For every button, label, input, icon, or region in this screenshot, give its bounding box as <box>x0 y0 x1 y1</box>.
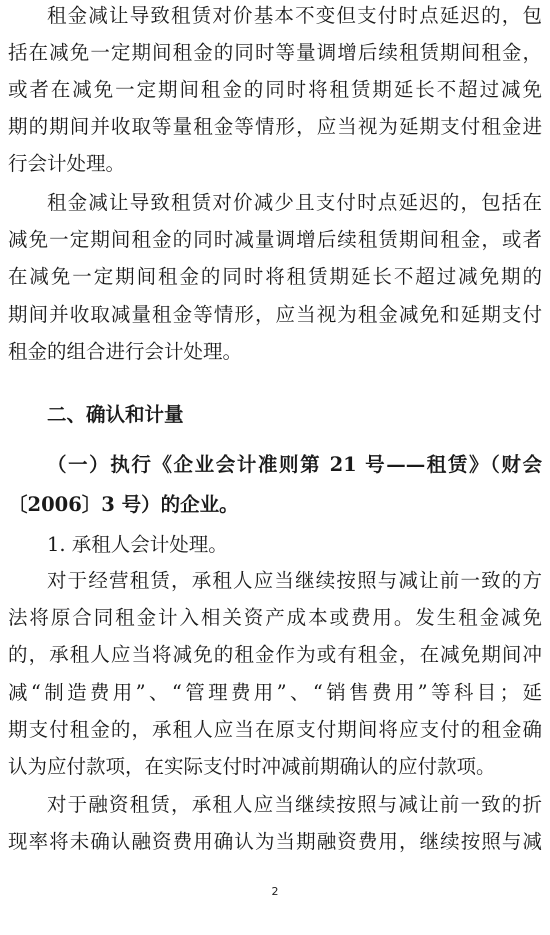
paragraph-1-line-2: 括在减免一定期间租金的同时等量调增后续租赁期间租金， <box>8 38 542 68</box>
section-heading: 二、确认和计量 <box>47 400 184 430</box>
paragraph-1-line-1: 租金减让导致租赁对价基本不变但支付时点延迟的，包 <box>47 1 542 31</box>
subsection-heading-line-1: （一）执行《企业会计准则第 21 号——租赁》（财会 <box>47 450 542 480</box>
paragraph-3-line-3: 的，承租人应当将减免的租金作为或有租金，在减免期间冲 <box>8 640 542 670</box>
paragraph-1-line-4: 期的期间并收取等量租金等情形，应当视为延期支付租金进 <box>8 112 542 142</box>
paragraph-4-line-1: 对于融资租赁，承租人应当继续按照与减让前一致的折 <box>47 790 542 820</box>
page-number: 2 <box>0 885 550 898</box>
paragraph-3-line-5: 期支付租金的，承租人应当在原支付期间将应支付的租金确 <box>8 715 542 745</box>
paragraph-2-line-4: 期间并收取减量租金等情形，应当视为租金减免和延期支付 <box>8 300 542 330</box>
subsection-heading-line-2: 〔2006〕3 号）的企业。 <box>8 490 239 520</box>
paragraph-3-line-4: 减“制造费用”、“管理费用”、“销售费用”等科目；延 <box>8 678 542 708</box>
paragraph-2-line-5: 租金的组合进行会计处理。 <box>8 337 542 367</box>
paragraph-1-line-5: 行会计处理。 <box>8 149 542 179</box>
paragraph-3-line-6: 认为应付款项，在实际支付时冲减前期确认的应付款项。 <box>8 752 542 782</box>
paragraph-3-line-1: 对于经营租赁，承租人应当继续按照与减让前一致的方 <box>47 566 542 596</box>
document-page: 租金减让导致租赁对价基本不变但支付时点延迟的，包 括在减免一定期间租金的同时等量… <box>0 0 550 935</box>
paragraph-3-line-2: 法将原合同租金计入相关资产成本或费用。发生租金减免 <box>8 603 542 633</box>
paragraph-2-line-1: 租金减让导致租赁对价减少且支付时点延迟的，包括在 <box>47 188 542 218</box>
item-heading: 1. 承租人会计处理。 <box>47 530 228 560</box>
paragraph-1-line-3: 或者在减免一定期间租金的同时将租赁期延长不超过减免 <box>8 75 542 105</box>
paragraph-2-line-3: 在减免一定期间租金的同时将租赁期延长不超过减免期的 <box>8 262 542 292</box>
paragraph-2-line-2: 减免一定期间租金的同时减量调增后续租赁期间租金，或者 <box>8 225 542 255</box>
paragraph-4-line-2: 现率将未确认融资费用确认为当期融资费用，继续按照与减 <box>8 827 542 857</box>
